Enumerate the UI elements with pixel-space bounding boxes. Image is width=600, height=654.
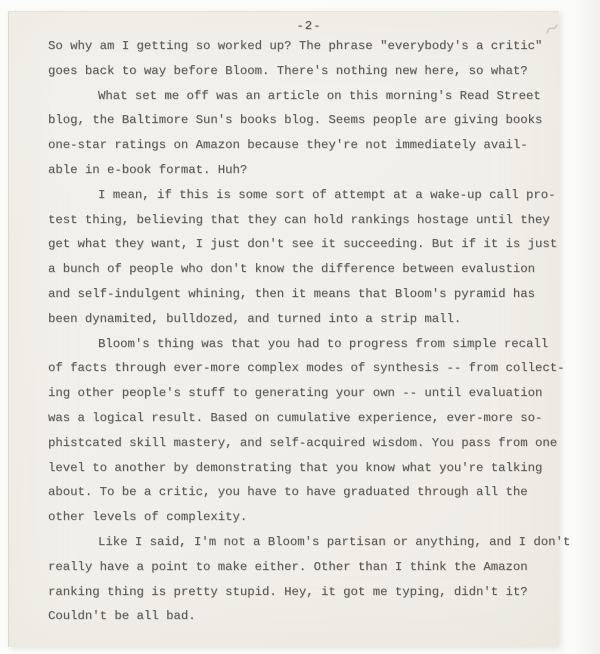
text-line: ing other people's stuff to generating y…: [48, 381, 553, 406]
text-line: test thing, believing that they can hold…: [48, 208, 553, 233]
text-line: Couldn't be all bad.: [48, 604, 553, 629]
text-line: really have a point to make either. Othe…: [48, 555, 553, 580]
text-line: Like I said, I'm not a Bloom's partisan …: [48, 530, 553, 555]
text-line: blog, the Baltimore Sun's books blog. Se…: [48, 108, 553, 133]
typewritten-text: So why am I getting so worked up? The ph…: [48, 34, 553, 629]
text-line: level to another by demonstrating that y…: [48, 456, 553, 481]
paper-sheet: -2- So why am I getting so worked up? Th…: [8, 11, 559, 647]
text-line: able in e-book format. Huh?: [48, 158, 553, 183]
text-line: phistcated skill mastery, and self-acqui…: [48, 431, 553, 456]
text-line: I mean, if this is some sort of attempt …: [48, 183, 553, 208]
text-line: and self-indulgent whining, then it mean…: [48, 282, 553, 307]
scanned-page: -2- So why am I getting so worked up? Th…: [0, 0, 600, 654]
text-line: Bloom's thing was that you had to progre…: [48, 332, 553, 357]
text-line: a bunch of people who don't know the dif…: [48, 257, 553, 282]
text-line: ranking thing is pretty stupid. Hey, it …: [48, 580, 553, 605]
text-line: was a logical result. Based on cumulativ…: [48, 406, 553, 431]
text-line: What set me off was an article on this m…: [48, 84, 553, 109]
text-line: other levels of complexity.: [48, 505, 553, 530]
text-line: goes back to way before Bloom. There's n…: [48, 59, 553, 84]
text-line: of facts through ever-more complex modes…: [48, 356, 553, 381]
text-line: one-star ratings on Amazon because they'…: [48, 133, 553, 158]
text-line: about. To be a critic, you have to have …: [48, 480, 553, 505]
text-line: been dynamited, bulldozed, and turned in…: [48, 307, 553, 332]
text-line: get what they want, I just don't see it …: [48, 232, 553, 257]
text-line: So why am I getting so worked up? The ph…: [48, 34, 553, 59]
